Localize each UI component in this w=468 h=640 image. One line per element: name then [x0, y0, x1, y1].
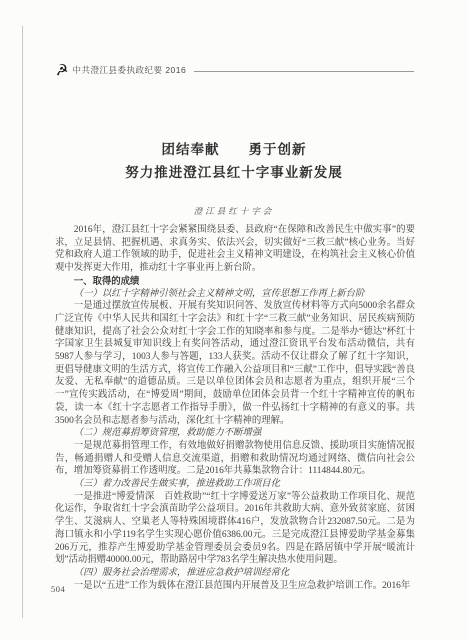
article-title-line2: 努力推进澄江县红十字事业新发展 [0, 161, 468, 184]
page-number: 504 [51, 584, 65, 594]
subsection-heading-4: （四）服务社会治理需求，推进应急救护培训经常化 [55, 567, 415, 580]
header-rule [194, 71, 414, 72]
left-margin-rule [22, 26, 23, 618]
article-body: 2016年，澄江县红十字会紧紧围绕县委、县政府“在保障和改善民生中做实事”的要求… [55, 224, 415, 592]
paragraph-fundraising: 一是规范募捐管理工作，有效地做好捐赠款物使用信息反馈、援助项目实施情况报告，畅通… [55, 440, 415, 478]
article-title-line1: 团结奉献 勇于创新 [0, 138, 468, 161]
subsection-heading-2: （二）规范募捐筹资管理，救助能力不断增强 [55, 427, 415, 440]
subsection-heading-3: （三）着力改善民生做实事，推进救助工作项目化 [55, 478, 415, 491]
article-author: 澄江县红十字会 [0, 205, 468, 217]
paragraph-publicity: 一是通过摆放宣传展板、开展有奖知识问答、发放宣传材料等方式向5000余名群众广泛… [55, 300, 415, 427]
book-page: ☭ 中共澄江县委执政纪要 2016 团结奉献 勇于创新 努力推进澄江县红十字事业… [0, 0, 468, 640]
article-title: 团结奉献 勇于创新 努力推进澄江县红十字事业新发展 [0, 138, 468, 184]
paragraph-relief: 一是推进“博爱情深 百姓救助”“红十字博爱送万家”等公益救助工作项目化、规范化运… [55, 491, 415, 567]
header-book-title: 中共澄江县委执政纪要 2016 [72, 64, 186, 76]
page-header: ☭ 中共澄江县委执政纪要 2016 [55, 62, 414, 78]
party-emblem-icon: ☭ [54, 62, 69, 79]
paragraph-intro: 2016年，澄江县红十字会紧紧围绕县委、县政府“在保障和改善民生中做实事”的要求… [55, 224, 415, 275]
paragraph-training: 一是以“五进”工作为载体在澄江县范围内开展普及卫生应急救护培训工作。2016年 [55, 580, 415, 593]
subsection-heading-1: （一）以红十字精神引领社会主义精神文明，宣传思想工作再上新台阶 [55, 288, 415, 301]
section-heading-achievements: 一、取得的成绩 [55, 275, 415, 288]
